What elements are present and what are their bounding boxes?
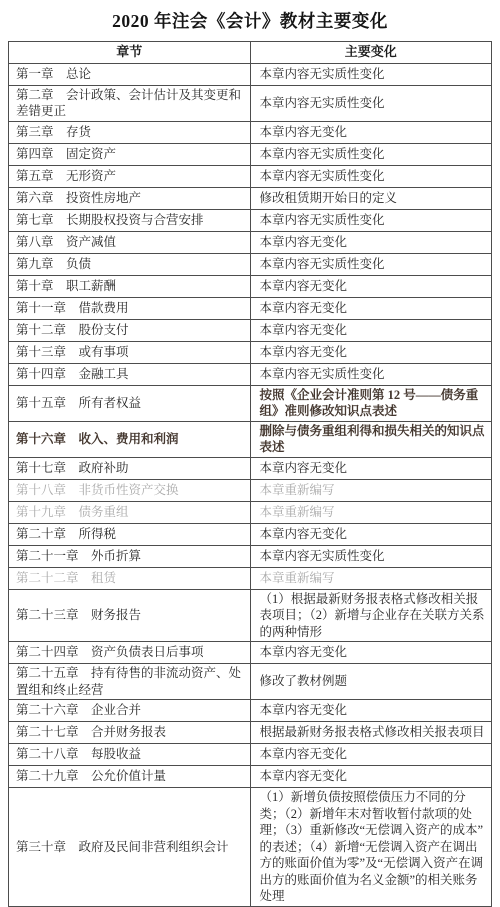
table-row: 第二章 会计政策、会计估计及其变更和差错更正本章内容无实质性变化 xyxy=(9,85,492,121)
table-row: 第四章 固定资产本章内容无实质性变化 xyxy=(9,143,492,165)
table-row: 第三十章 政府及民间非营利组织会计（1）新增负债按照偿债压力不同的分类；（2）新… xyxy=(9,788,492,907)
table-header-row: 章节 主要变化 xyxy=(9,42,492,64)
change-cell: 本章重新编写 xyxy=(250,567,492,589)
table-row: 第一章 总论本章内容无实质性变化 xyxy=(9,63,492,85)
chapter-cell: 第二十八章 每股收益 xyxy=(9,744,251,766)
chapter-cell: 第三章 存货 xyxy=(9,121,251,143)
chapter-cell: 第十三章 或有事项 xyxy=(9,341,251,363)
change-cell: 修改了教材例题 xyxy=(250,664,492,700)
table-row: 第十三章 或有事项本章内容无变化 xyxy=(9,341,492,363)
chapter-cell: 第四章 固定资产 xyxy=(9,143,251,165)
table-row: 第二十六章 企业合并本章内容无变化 xyxy=(9,700,492,722)
chapter-cell: 第二十四章 资产负债表日后事项 xyxy=(9,642,251,664)
chapter-cell: 第十九章 债务重组 xyxy=(9,501,251,523)
table-row: 第二十九章 公允价值计量本章内容无变化 xyxy=(9,766,492,788)
table-row: 第十八章 非货币性资产交换本章重新编写 xyxy=(9,479,492,501)
change-cell: （1）新增负债按照偿债压力不同的分类；（2）新增年末对暂收暂付款项的处理；（3）… xyxy=(250,788,492,907)
change-cell: 本章内容无实质性变化 xyxy=(250,63,492,85)
change-cell: 本章内容无实质性变化 xyxy=(250,165,492,187)
table-row: 第二十八章 每股收益本章内容无变化 xyxy=(9,744,492,766)
table-body: 第一章 总论本章内容无实质性变化第二章 会计政策、会计估计及其变更和差错更正本章… xyxy=(9,63,492,906)
column-header-chapter: 章节 xyxy=(9,42,251,64)
change-cell: 本章内容无变化 xyxy=(250,766,492,788)
chapter-cell: 第二章 会计政策、会计估计及其变更和差错更正 xyxy=(9,85,251,121)
table-row: 第二十一章 外币折算本章内容无实质性变化 xyxy=(9,545,492,567)
change-cell: 本章内容无变化 xyxy=(250,319,492,341)
chapter-cell: 第十二章 股份支付 xyxy=(9,319,251,341)
chapter-cell: 第八章 资产减值 xyxy=(9,231,251,253)
change-cell: 修改租赁期开始日的定义 xyxy=(250,187,492,209)
change-cell: 本章重新编写 xyxy=(250,501,492,523)
table-row: 第十六章 收入、费用和利润删除与债务重组利得和损失相关的知识点表述 xyxy=(9,421,492,457)
chapter-cell: 第十八章 非货币性资产交换 xyxy=(9,479,251,501)
change-cell: 本章内容无实质性变化 xyxy=(250,143,492,165)
change-cell: 本章内容无变化 xyxy=(250,341,492,363)
table-row: 第十五章 所有者权益按照《企业会计准则第 12 号——债务重组》准则修改知识点表… xyxy=(9,385,492,421)
table-row: 第八章 资产减值本章内容无变化 xyxy=(9,231,492,253)
chapter-cell: 第二十二章 租赁 xyxy=(9,567,251,589)
table-row: 第三章 存货本章内容无变化 xyxy=(9,121,492,143)
change-cell: 本章内容无变化 xyxy=(250,744,492,766)
table-row: 第七章 长期股权投资与合营安排本章内容无实质性变化 xyxy=(9,209,492,231)
chapter-cell: 第十章 职工薪酬 xyxy=(9,275,251,297)
chapter-cell: 第二十五章 持有待售的非流动资产、处置组和终止经营 xyxy=(9,664,251,700)
table-row: 第二十二章 租赁本章重新编写 xyxy=(9,567,492,589)
change-cell: 本章内容无实质性变化 xyxy=(250,209,492,231)
chapter-cell: 第二十三章 财务报告 xyxy=(9,589,251,642)
column-header-changes: 主要变化 xyxy=(250,42,492,64)
chapter-cell: 第七章 长期股权投资与合营安排 xyxy=(9,209,251,231)
change-cell: 本章内容无实质性变化 xyxy=(250,545,492,567)
chapter-cell: 第二十章 所得税 xyxy=(9,523,251,545)
table-row: 第二十四章 资产负债表日后事项本章内容无变化 xyxy=(9,642,492,664)
change-cell: 本章内容无变化 xyxy=(250,523,492,545)
chapter-cell: 第二十一章 外币折算 xyxy=(9,545,251,567)
chapter-cell: 第十七章 政府补助 xyxy=(9,457,251,479)
table-row: 第五章 无形资产本章内容无实质性变化 xyxy=(9,165,492,187)
chapter-cell: 第五章 无形资产 xyxy=(9,165,251,187)
change-cell: 本章内容无变化 xyxy=(250,297,492,319)
change-cell: 本章内容无变化 xyxy=(250,457,492,479)
chapter-cell: 第六章 投资性房地产 xyxy=(9,187,251,209)
change-cell: 按照《企业会计准则第 12 号——债务重组》准则修改知识点表述 xyxy=(250,385,492,421)
chapter-cell: 第九章 负债 xyxy=(9,253,251,275)
chapter-cell: 第三十章 政府及民间非营利组织会计 xyxy=(9,788,251,907)
change-cell: 本章内容无变化 xyxy=(250,231,492,253)
chapter-cell: 第一章 总论 xyxy=(9,63,251,85)
table-row: 第二十三章 财务报告（1）根据最新财务报表格式修改相关报表项目；（2）新增与企业… xyxy=(9,589,492,642)
change-cell: 本章内容无实质性变化 xyxy=(250,85,492,121)
change-cell: 本章内容无实质性变化 xyxy=(250,253,492,275)
change-cell: （1）根据最新财务报表格式修改相关报表项目；（2）新增与企业存在关联方关系的两种… xyxy=(250,589,492,642)
table-row: 第六章 投资性房地产修改租赁期开始日的定义 xyxy=(9,187,492,209)
table-row: 第十章 职工薪酬本章内容无变化 xyxy=(9,275,492,297)
page-title: 2020 年注会《会计》教材主要变化 xyxy=(0,0,500,41)
change-cell: 本章内容无实质性变化 xyxy=(250,363,492,385)
table-row: 第十七章 政府补助本章内容无变化 xyxy=(9,457,492,479)
chapter-cell: 第二十七章 合并财务报表 xyxy=(9,722,251,744)
table-row: 第十一章 借款费用本章内容无变化 xyxy=(9,297,492,319)
table-row: 第九章 负债本章内容无实质性变化 xyxy=(9,253,492,275)
table-row: 第十二章 股份支付本章内容无变化 xyxy=(9,319,492,341)
chapter-cell: 第十一章 借款费用 xyxy=(9,297,251,319)
change-cell: 本章内容无变化 xyxy=(250,700,492,722)
change-cell: 本章内容无变化 xyxy=(250,121,492,143)
table-row: 第二十章 所得税本章内容无变化 xyxy=(9,523,492,545)
table-row: 第十四章 金融工具本章内容无实质性变化 xyxy=(9,363,492,385)
textbook-changes-table: 章节 主要变化 第一章 总论本章内容无实质性变化第二章 会计政策、会计估计及其变… xyxy=(8,41,492,907)
chapter-cell: 第二十九章 公允价值计量 xyxy=(9,766,251,788)
document-page: 2020 年注会《会计》教材主要变化 章节 主要变化 第一章 总论本章内容无实质… xyxy=(0,0,500,907)
chapter-cell: 第十四章 金融工具 xyxy=(9,363,251,385)
change-cell: 本章内容无变化 xyxy=(250,642,492,664)
change-cell: 根据最新财务报表格式修改相关报表项目 xyxy=(250,722,492,744)
chapter-cell: 第二十六章 企业合并 xyxy=(9,700,251,722)
table-row: 第二十七章 合并财务报表根据最新财务报表格式修改相关报表项目 xyxy=(9,722,492,744)
change-cell: 删除与债务重组利得和损失相关的知识点表述 xyxy=(250,421,492,457)
change-cell: 本章内容无变化 xyxy=(250,275,492,297)
change-cell: 本章重新编写 xyxy=(250,479,492,501)
table-row: 第二十五章 持有待售的非流动资产、处置组和终止经营修改了教材例题 xyxy=(9,664,492,700)
table-row: 第十九章 债务重组本章重新编写 xyxy=(9,501,492,523)
chapter-cell: 第十六章 收入、费用和利润 xyxy=(9,421,251,457)
chapter-cell: 第十五章 所有者权益 xyxy=(9,385,251,421)
